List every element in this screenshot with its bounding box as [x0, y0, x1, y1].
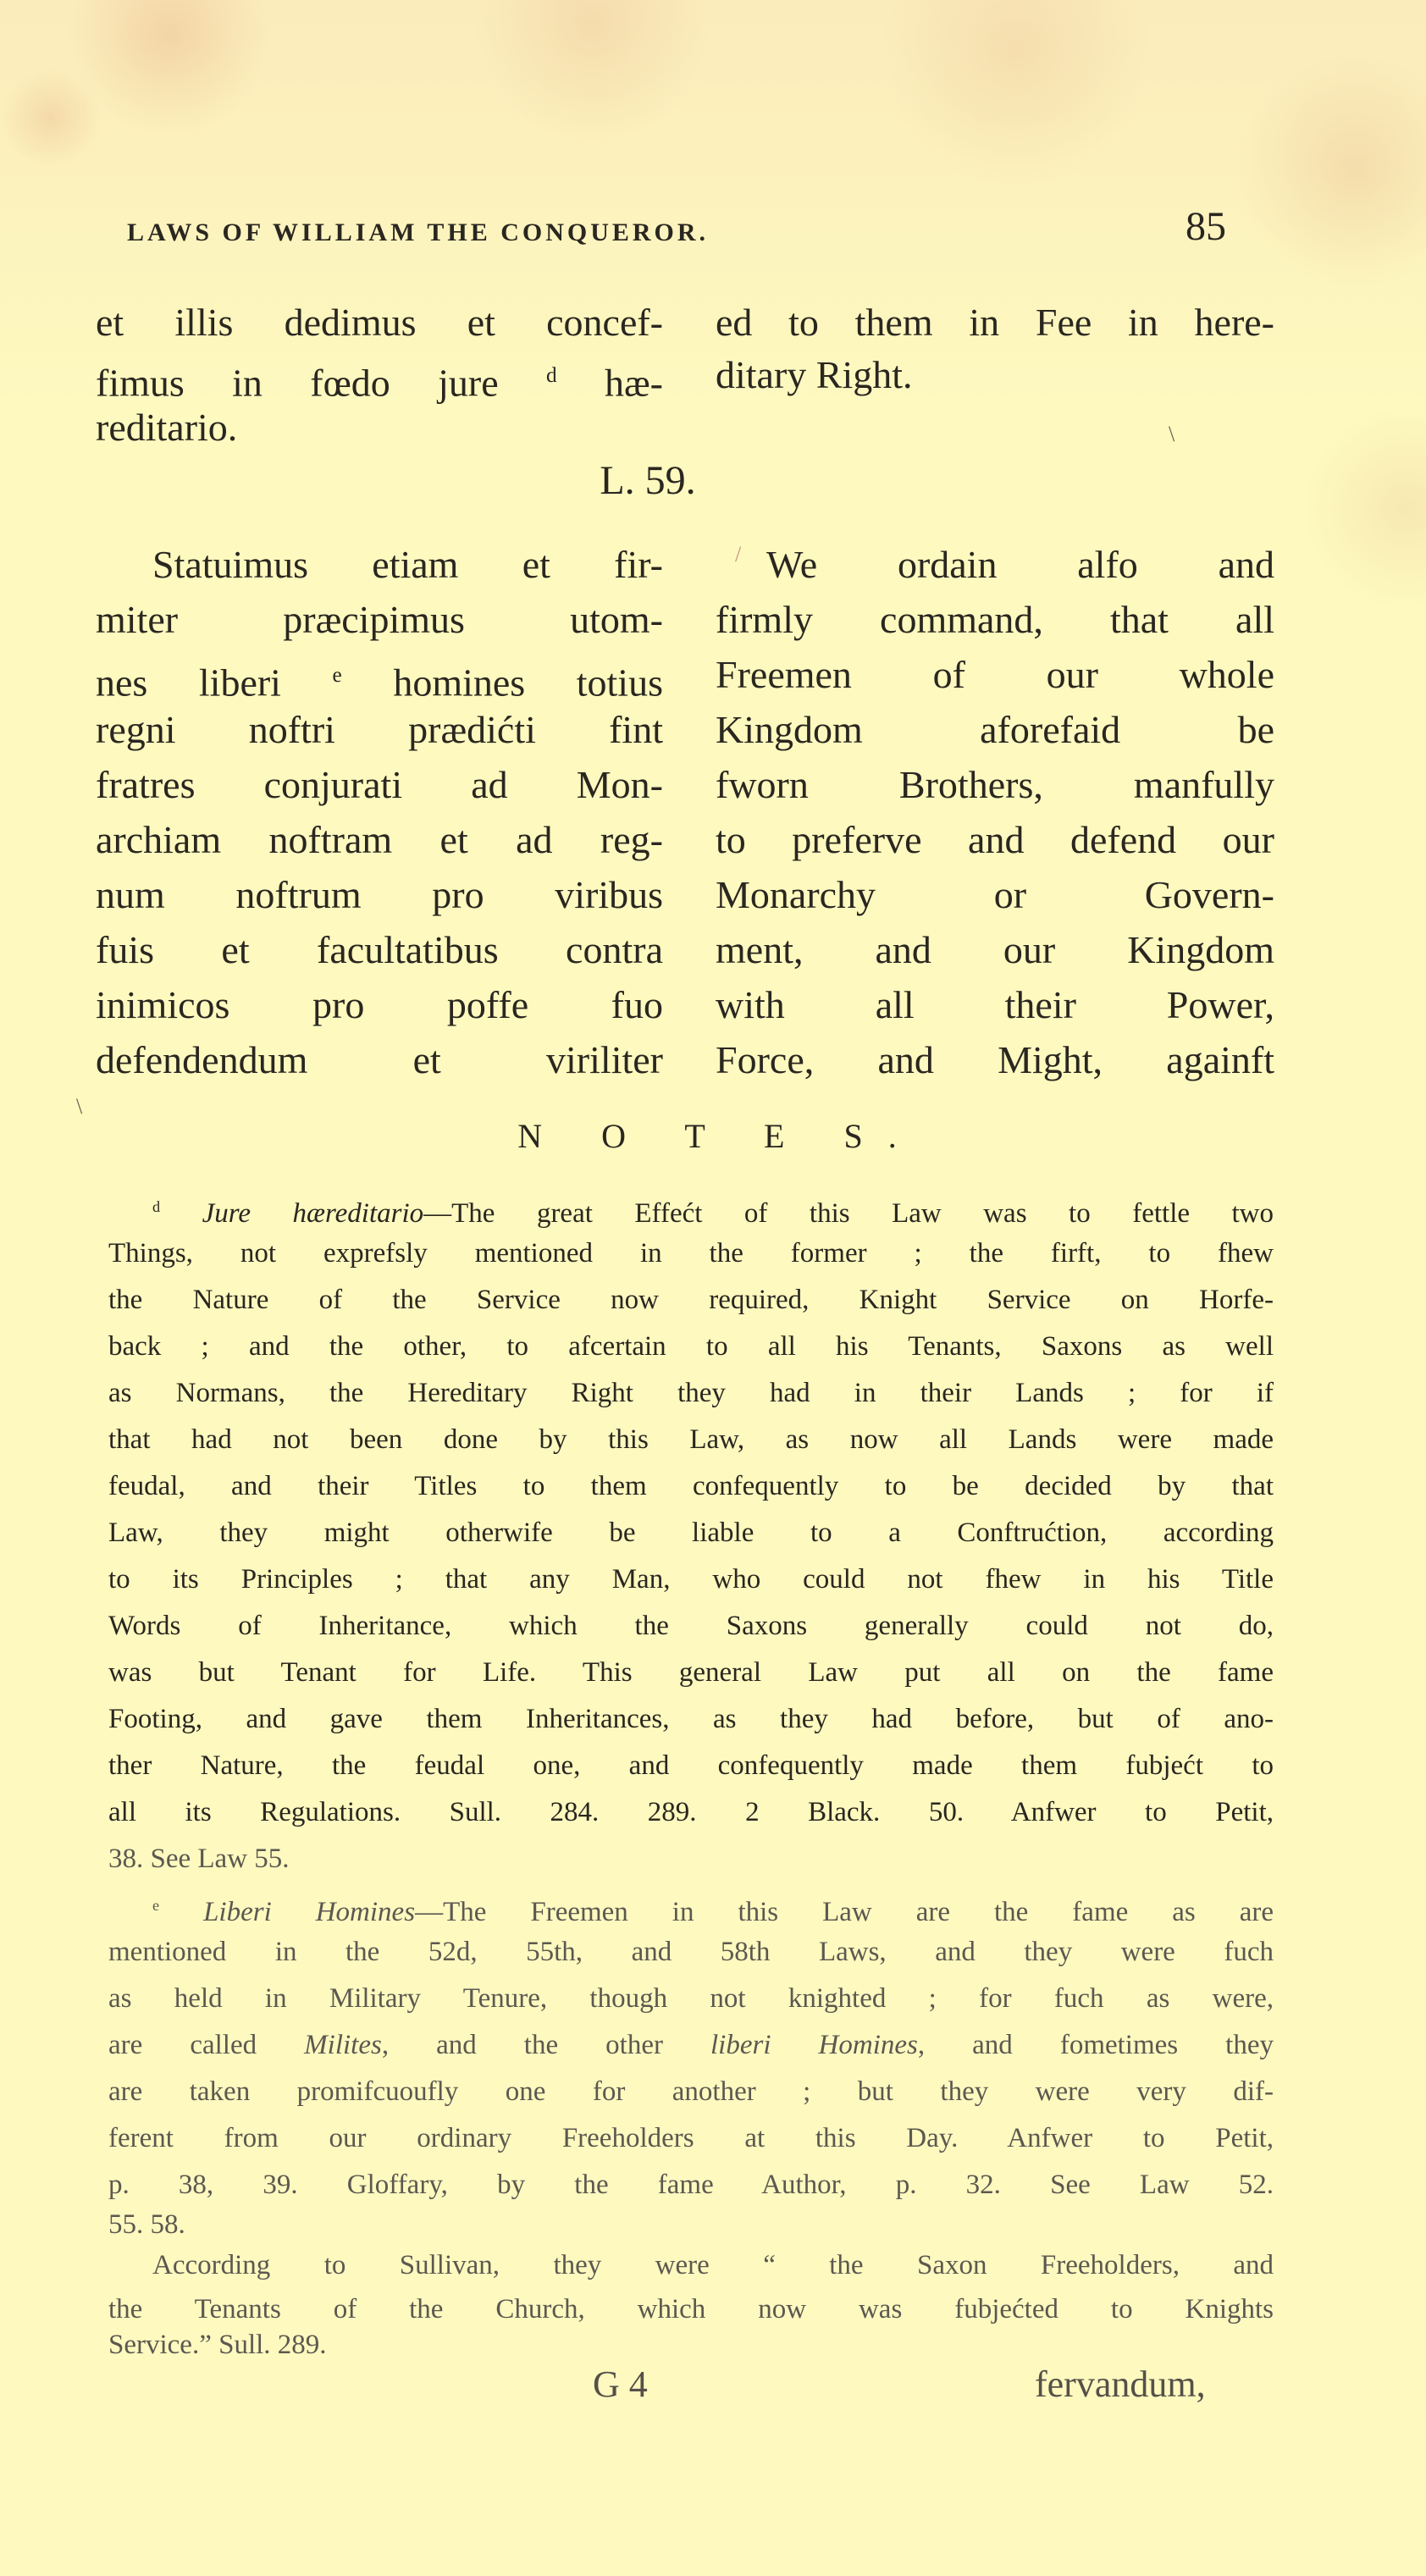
english-line: Kingdom aforefaid be — [716, 704, 1274, 756]
english-line: ment, and our Kingdom — [716, 924, 1274, 976]
english-line: to preferve and defend our — [716, 814, 1274, 866]
latin-line: miter præcipimus utom- — [96, 594, 663, 646]
english-line: firmly command, that all — [716, 594, 1274, 646]
notes-title: N O T E S. — [508, 1116, 931, 1156]
note-line: mentioned in the 52d, 55th, and 58th Law… — [108, 1929, 1274, 1976]
latin-line: et illis dedimus et concef- — [96, 296, 663, 349]
note-line: Law, they might otherwife be liable to a… — [108, 1510, 1274, 1556]
note-line: that had not been done by this Law, as n… — [108, 1417, 1274, 1463]
latin-line: fuis et facultatibus contra — [96, 924, 663, 976]
note-marker-e: e — [152, 1897, 159, 1914]
stray-mark: \ — [76, 1094, 82, 1119]
note-marker-d: d — [152, 1198, 160, 1215]
latin-line: fimus in fœdo jure d hæ- — [96, 349, 663, 401]
note-line: d Jure hæreditario—The great Effećt of t… — [152, 1184, 1274, 1230]
note-line: ferent from our ordinary Freeholders at … — [108, 2115, 1274, 2162]
english-line: Force, and Might, againft — [716, 1034, 1274, 1086]
note-line: to its Principles ; that any Man, who co… — [108, 1556, 1274, 1603]
note-line: 38. See Law 55. — [108, 1836, 1274, 1882]
note-line: the Nature of the Service now required, … — [108, 1277, 1274, 1324]
note-line: Service.” Sull. 289. — [108, 2322, 1274, 2369]
english-line: ed to them in Fee in here- — [716, 296, 1274, 349]
note-line: e Liberi Homines—The Freemen in this Law… — [152, 1882, 1274, 1929]
stray-mark: \ — [1169, 422, 1175, 447]
note-line: 55. 58. — [108, 2202, 1274, 2248]
english-line: ditary Right. — [716, 349, 1274, 401]
latin-line: inimicos pro poffe fuo — [96, 979, 663, 1031]
note-line: are taken promifcuoufly one for another … — [108, 2069, 1274, 2115]
english-line: We ordain alfo and — [766, 539, 1274, 591]
latin-line: num noftrum pro viribus — [96, 869, 663, 921]
catchword: fervandum, — [1035, 2363, 1206, 2406]
note-line: as Normans, the Hereditary Right they ha… — [108, 1370, 1274, 1417]
latin-line: nes liberi e homines totius — [96, 649, 663, 701]
note-lemma: Jure hæreditario — [202, 1198, 424, 1229]
latin-line: regni noftri prædićti fint — [96, 704, 663, 756]
note-lemma: Liberi Homines — [203, 1897, 415, 1927]
latin-line: Statuimus etiam et fir- — [152, 539, 663, 591]
note-line: Words of Inheritance, which the Saxons g… — [108, 1603, 1274, 1650]
law-number: L. 59. — [576, 457, 720, 504]
running-head: LAWS OF WILLIAM THE CONQUEROR. — [127, 218, 709, 247]
note-line: as held in Military Tenure, though not k… — [108, 1976, 1274, 2022]
note-line: was but Tenant for Life. This general La… — [108, 1650, 1274, 1696]
note-line: ther Nature, the feudal one, and confequ… — [108, 1743, 1274, 1789]
english-line: Monarchy or Govern- — [716, 869, 1274, 921]
note-line: According to Sullivan, they were “ the S… — [152, 2242, 1274, 2289]
note-line: back ; and the other, to afcertain to al… — [108, 1324, 1274, 1370]
latin-line: fratres conjurati ad Mon- — [96, 759, 663, 811]
signature-mark: G 4 — [593, 2363, 648, 2406]
stray-mark: / — [735, 542, 741, 567]
english-line: fworn Brothers, manfully — [716, 759, 1274, 811]
note-line: all its Regulations. Sull. 284. 289. 2 B… — [108, 1789, 1274, 1836]
note-line: feudal, and their Titles to them confequ… — [108, 1463, 1274, 1510]
latin-line: defendendum et viriliter — [96, 1034, 663, 1086]
page-number: 85 — [1186, 203, 1226, 250]
latin-line: reditario. — [96, 401, 663, 454]
note-line: Footing, and gave them Inheritances, as … — [108, 1696, 1274, 1743]
footnote-marker-e[interactable]: e — [333, 663, 342, 687]
footnote-marker-d[interactable]: d — [546, 363, 557, 387]
english-line: Freemen of our whole — [716, 649, 1274, 701]
note-line: Things, not exprefsly mentioned in the f… — [108, 1230, 1274, 1277]
latin-line: archiam noftram et ad reg- — [96, 814, 663, 866]
english-line: with all their Power, — [716, 979, 1274, 1031]
note-line: are called Milites, and the other liberi… — [108, 2022, 1274, 2069]
